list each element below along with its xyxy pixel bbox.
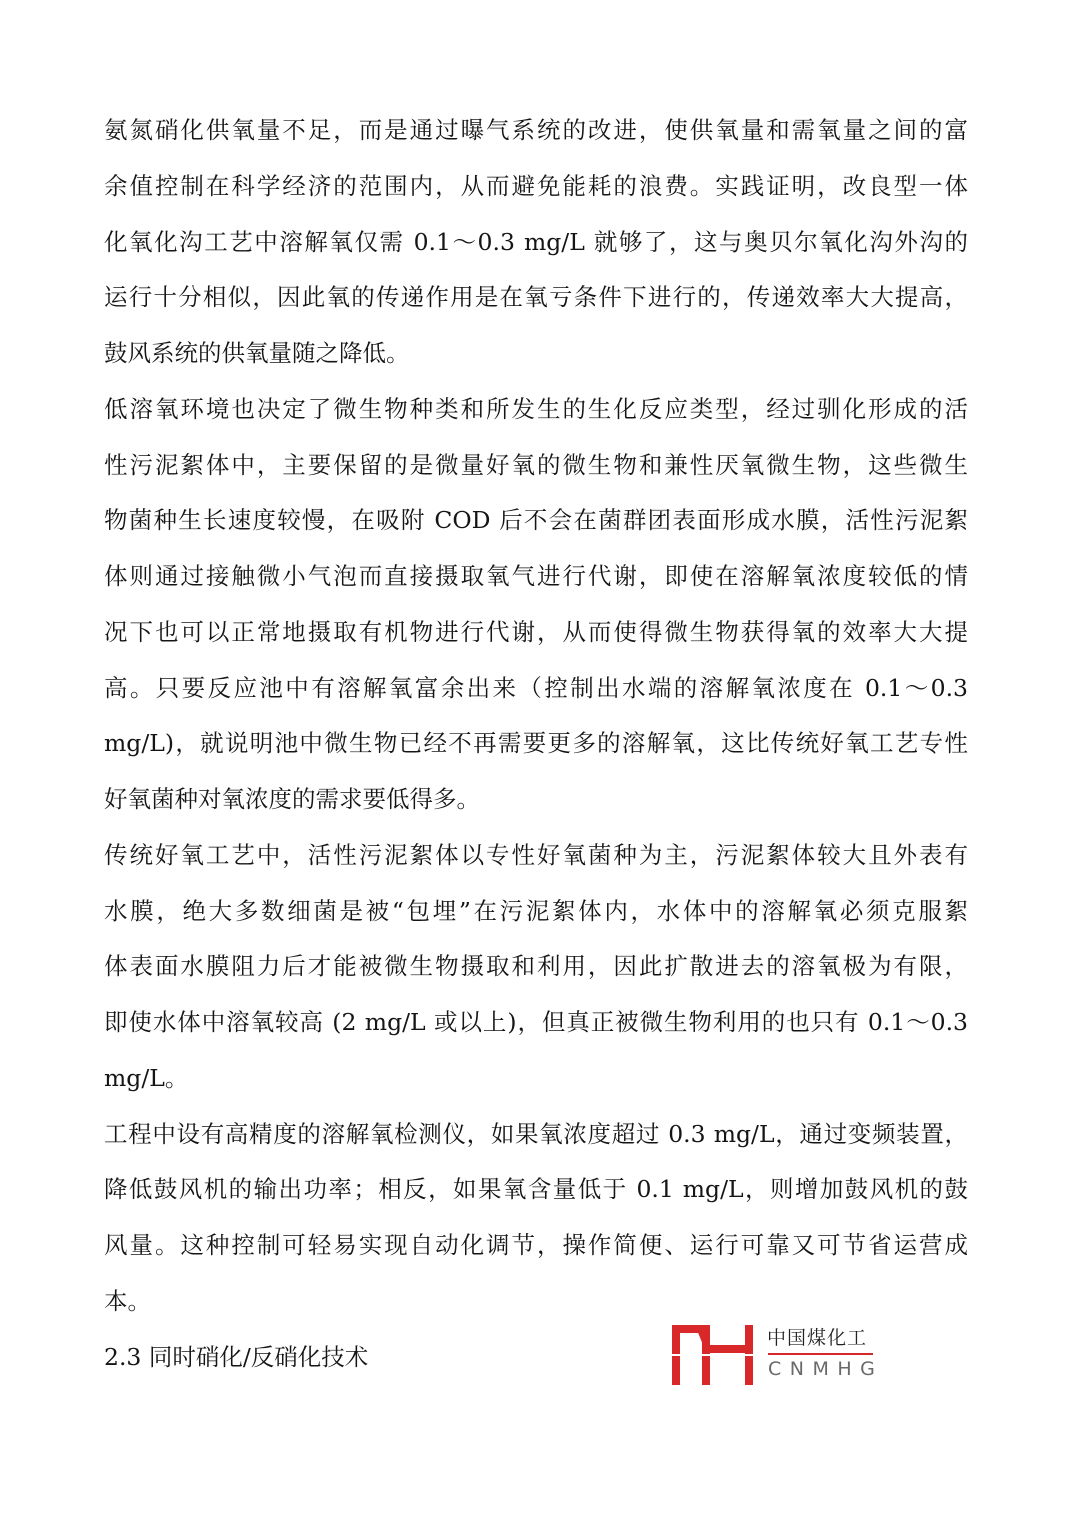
text-line: 运行十分相似，因此氧的传递作用是在氧亏条件下进行的，传递效率大大提高，	[104, 270, 968, 326]
text-line: 物菌种生长速度较慢，在吸附 COD 后不会在菌群团表面形成水膜，活性污泥絮	[104, 493, 968, 549]
text-line: 氨氮硝化供氧量不足，而是通过曝气系统的改进，使供氧量和需氧量之间的富	[104, 103, 968, 159]
paragraph-3: 传统好氧工艺中，活性污泥絮体以专性好氧菌种为主，污泥絮体较大且外表有 水膜，绝大…	[104, 828, 968, 1107]
text-line: 况下也可以正常地摄取有机物进行代谢，从而使得微生物获得氧的效率大大提	[104, 605, 968, 661]
paragraph-4: 工程中设有高精度的溶解氧检测仪，如果氧浓度超过 0.3 mg/L，通过变频装置，…	[104, 1107, 968, 1330]
text-line: 体则通过接触微小气泡而直接摄取氧气进行代谢，即使在溶解氧浓度较低的情	[104, 549, 968, 605]
paragraph-1: 氨氮硝化供氧量不足，而是通过曝气系统的改进，使供氧量和需氧量之间的富 余值控制在…	[104, 103, 968, 382]
text-line: 余值控制在科学经济的范围内，从而避免能耗的浪费。实践证明，改良型一体	[104, 159, 968, 215]
text-line: 好氧菌种对氧浓度的需求要低得多。	[104, 772, 968, 828]
logo-divider	[768, 1353, 873, 1355]
mh-logo-icon	[670, 1324, 756, 1386]
text-line: 工程中设有高精度的溶解氧检测仪，如果氧浓度超过 0.3 mg/L，通过变频装置，	[104, 1107, 968, 1163]
text-line: 高。只要反应池中有溶解氧富余出来（控制出水端的溶解氧浓度在 0.1～0.3	[104, 661, 968, 717]
text-line: 化氧化沟工艺中溶解氧仅需 0.1～0.3 mg/L 就够了，这与奥贝尔氧化沟外沟…	[104, 215, 968, 271]
text-line: 传统好氧工艺中，活性污泥絮体以专性好氧菌种为主，污泥絮体较大且外表有	[104, 828, 968, 884]
text-line: 鼓风系统的供氧量随之降低。	[104, 326, 968, 382]
logo-english-name: CNMHG	[768, 1358, 878, 1380]
document-page: 氨氮硝化供氧量不足，而是通过曝气系统的改进，使供氧量和需氧量之间的富 余值控制在…	[0, 0, 1072, 1516]
text-line: 低溶氧环境也决定了微生物种类和所发生的生化反应类型，经过驯化形成的活	[104, 382, 968, 438]
text-line: 降低鼓风机的输出功率；相反，如果氧含量低于 0.1 mg/L，则增加鼓风机的鼓	[104, 1162, 968, 1218]
cnmhg-logo: 中国煤化工 CNMHG	[670, 1324, 880, 1386]
text-line: 本。	[104, 1274, 968, 1330]
text-line: 体表面水膜阻力后才能被微生物摄取和利用，因此扩散进去的溶氧极为有限，	[104, 939, 968, 995]
text-line: 即使水体中溶氧较高 (2 mg/L 或以上)，但真正被微生物利用的也只有 0.1…	[104, 995, 968, 1051]
text-line: 性污泥絮体中，主要保留的是微量好氧的微生物和兼性厌氧微生物，这些微生	[104, 438, 968, 494]
logo-chinese-name: 中国煤化工	[767, 1327, 875, 1349]
text-line: 水膜，绝大多数细菌是被“包埋”在污泥絮体内，水体中的溶解氧必须克服絮	[104, 884, 968, 940]
text-line: mg/L)，就说明池中微生物已经不再需要更多的溶解氧，这比传统好氧工艺专性	[104, 716, 968, 772]
document-body: 氨氮硝化供氧量不足，而是通过曝气系统的改进，使供氧量和需氧量之间的富 余值控制在…	[104, 103, 968, 1385]
text-line: 风量。这种控制可轻易实现自动化调节，操作简便、运行可靠又可节省运营成	[104, 1218, 968, 1274]
text-line: mg/L。	[104, 1051, 968, 1107]
paragraph-2: 低溶氧环境也决定了微生物种类和所发生的生化反应类型，经过驯化形成的活 性污泥絮体…	[104, 382, 968, 828]
